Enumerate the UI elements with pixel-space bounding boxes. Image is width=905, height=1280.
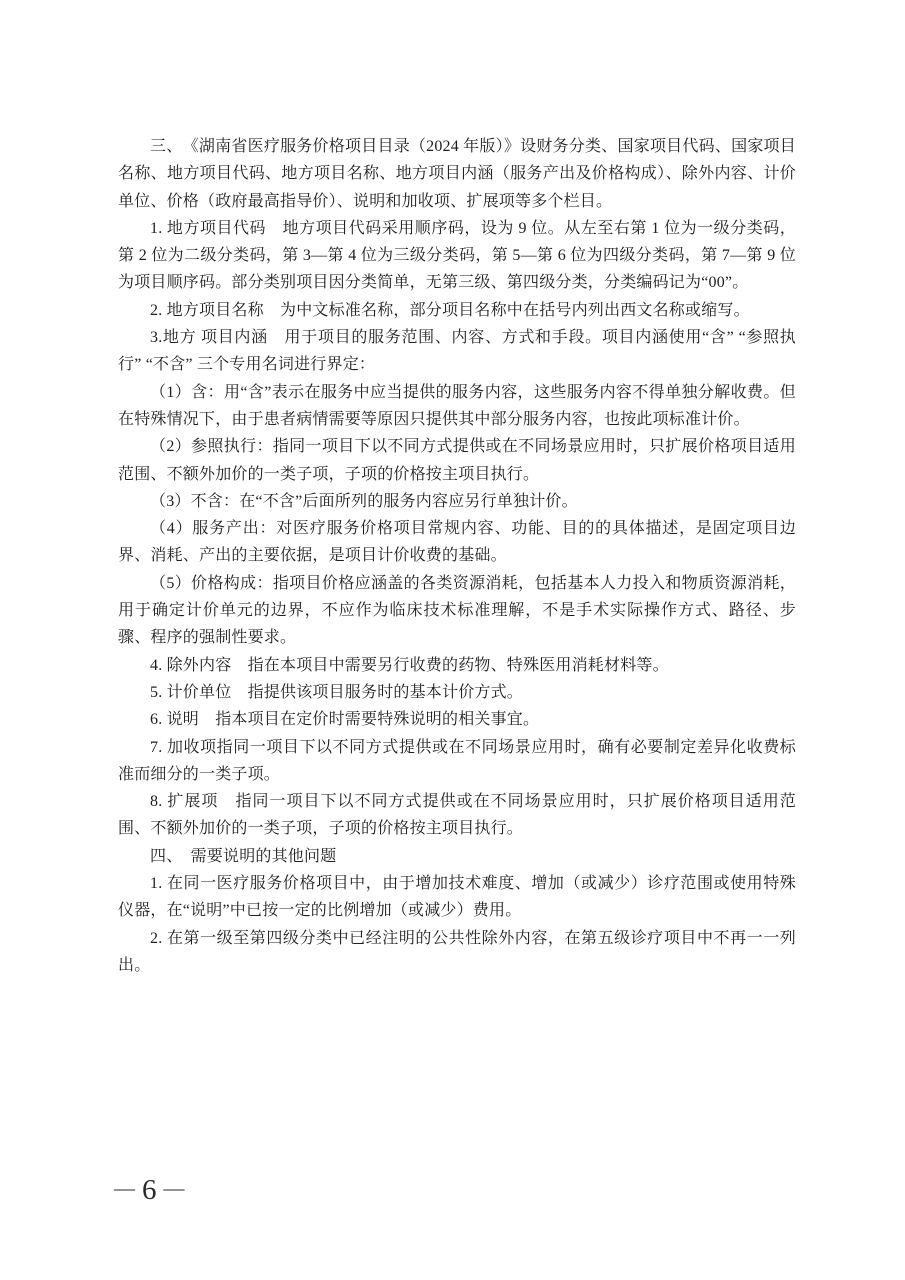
page-footer: — 6 — — [114, 1176, 185, 1205]
paragraph-def-service-output: （4）服务产出：对医疗服务价格项目常规内容、功能、目的的具体描述，是固定项目边界… — [118, 515, 796, 570]
paragraph-pricing-unit: 5. 计价单位 指提供该项目服务时的基本计价方式。 — [118, 679, 796, 706]
paragraph-excluded-content: 4. 除外内容 指在本项目中需要另行收费的药物、特殊医用消耗材料等。 — [118, 652, 796, 679]
paragraph-local-project-name: 2. 地方项目名称 为中文标准名称，部分项目名称中在括号内列出西文名称或缩写。 — [118, 297, 796, 324]
paragraph-surcharge-item: 7. 加收项指同一项目下以不同方式提供或在不同场景应用时，确有必要制定差异化收费… — [118, 734, 796, 789]
heading-section-4: 四、 需要说明的其他问题 — [118, 843, 796, 870]
paragraph-section-3-intro: 三、 《湖南省医疗服务价格项目目录（2024 年版）》设财务分类、国家项目代码、… — [118, 133, 796, 215]
paragraph-def-price-composition: （5）价格构成：指项目价格应涵盖的各类资源消耗，包括基本人力投入和物质资源消耗，… — [118, 570, 796, 652]
paragraph-def-not-contain: （3）不含：在“不含”后面所列的服务内容应另行单独计价。 — [118, 488, 796, 515]
document-body: 三、 《湖南省医疗服务价格项目目录（2024 年版）》设财务分类、国家项目代码、… — [118, 133, 796, 979]
page-number: 6 — [140, 1176, 159, 1205]
paragraph-description-note: 6. 说明 指本项目在定价时需要特殊说明的相关事宜。 — [118, 706, 796, 733]
paragraph-extension-item: 8. 扩展项 指同一项目下以不同方式提供或在不同场景应用时，只扩展价格项目适用范… — [118, 788, 796, 843]
paragraph-def-reference-exec: （2）参照执行：指同一项目下以不同方式提供或在不同场景应用时，只扩展价格项目适用… — [118, 433, 796, 488]
paragraph-local-project-scope: 3.地方 项目内涵 用于项目的服务范围、内容、方式和手段。项目内涵使用“含” “… — [118, 324, 796, 379]
paragraph-local-project-code: 1. 地方项目代码 地方项目代码采用顺序码，设为 9 位。从左至右第 1 位为一… — [118, 215, 796, 297]
paragraph-other-issue-2: 2. 在第一级至第四级分类中已经注明的公共性除外内容，在第五级诊疗项目中不再一一… — [118, 925, 796, 980]
document-page: 三、 《湖南省医疗服务价格项目目录（2024 年版）》设财务分类、国家项目代码、… — [0, 0, 905, 1280]
paragraph-other-issue-1: 1. 在同一医疗服务价格项目中，由于增加技术难度、增加（或减少）诊疗范围或使用特… — [118, 870, 796, 925]
page-number-dash-left: — — [114, 1178, 135, 1199]
page-number-dash-right: — — [164, 1178, 185, 1199]
paragraph-def-contain: （1）含：用“含”表示在服务中应当提供的服务内容，这些服务内容不得单独分解收费。… — [118, 379, 796, 434]
